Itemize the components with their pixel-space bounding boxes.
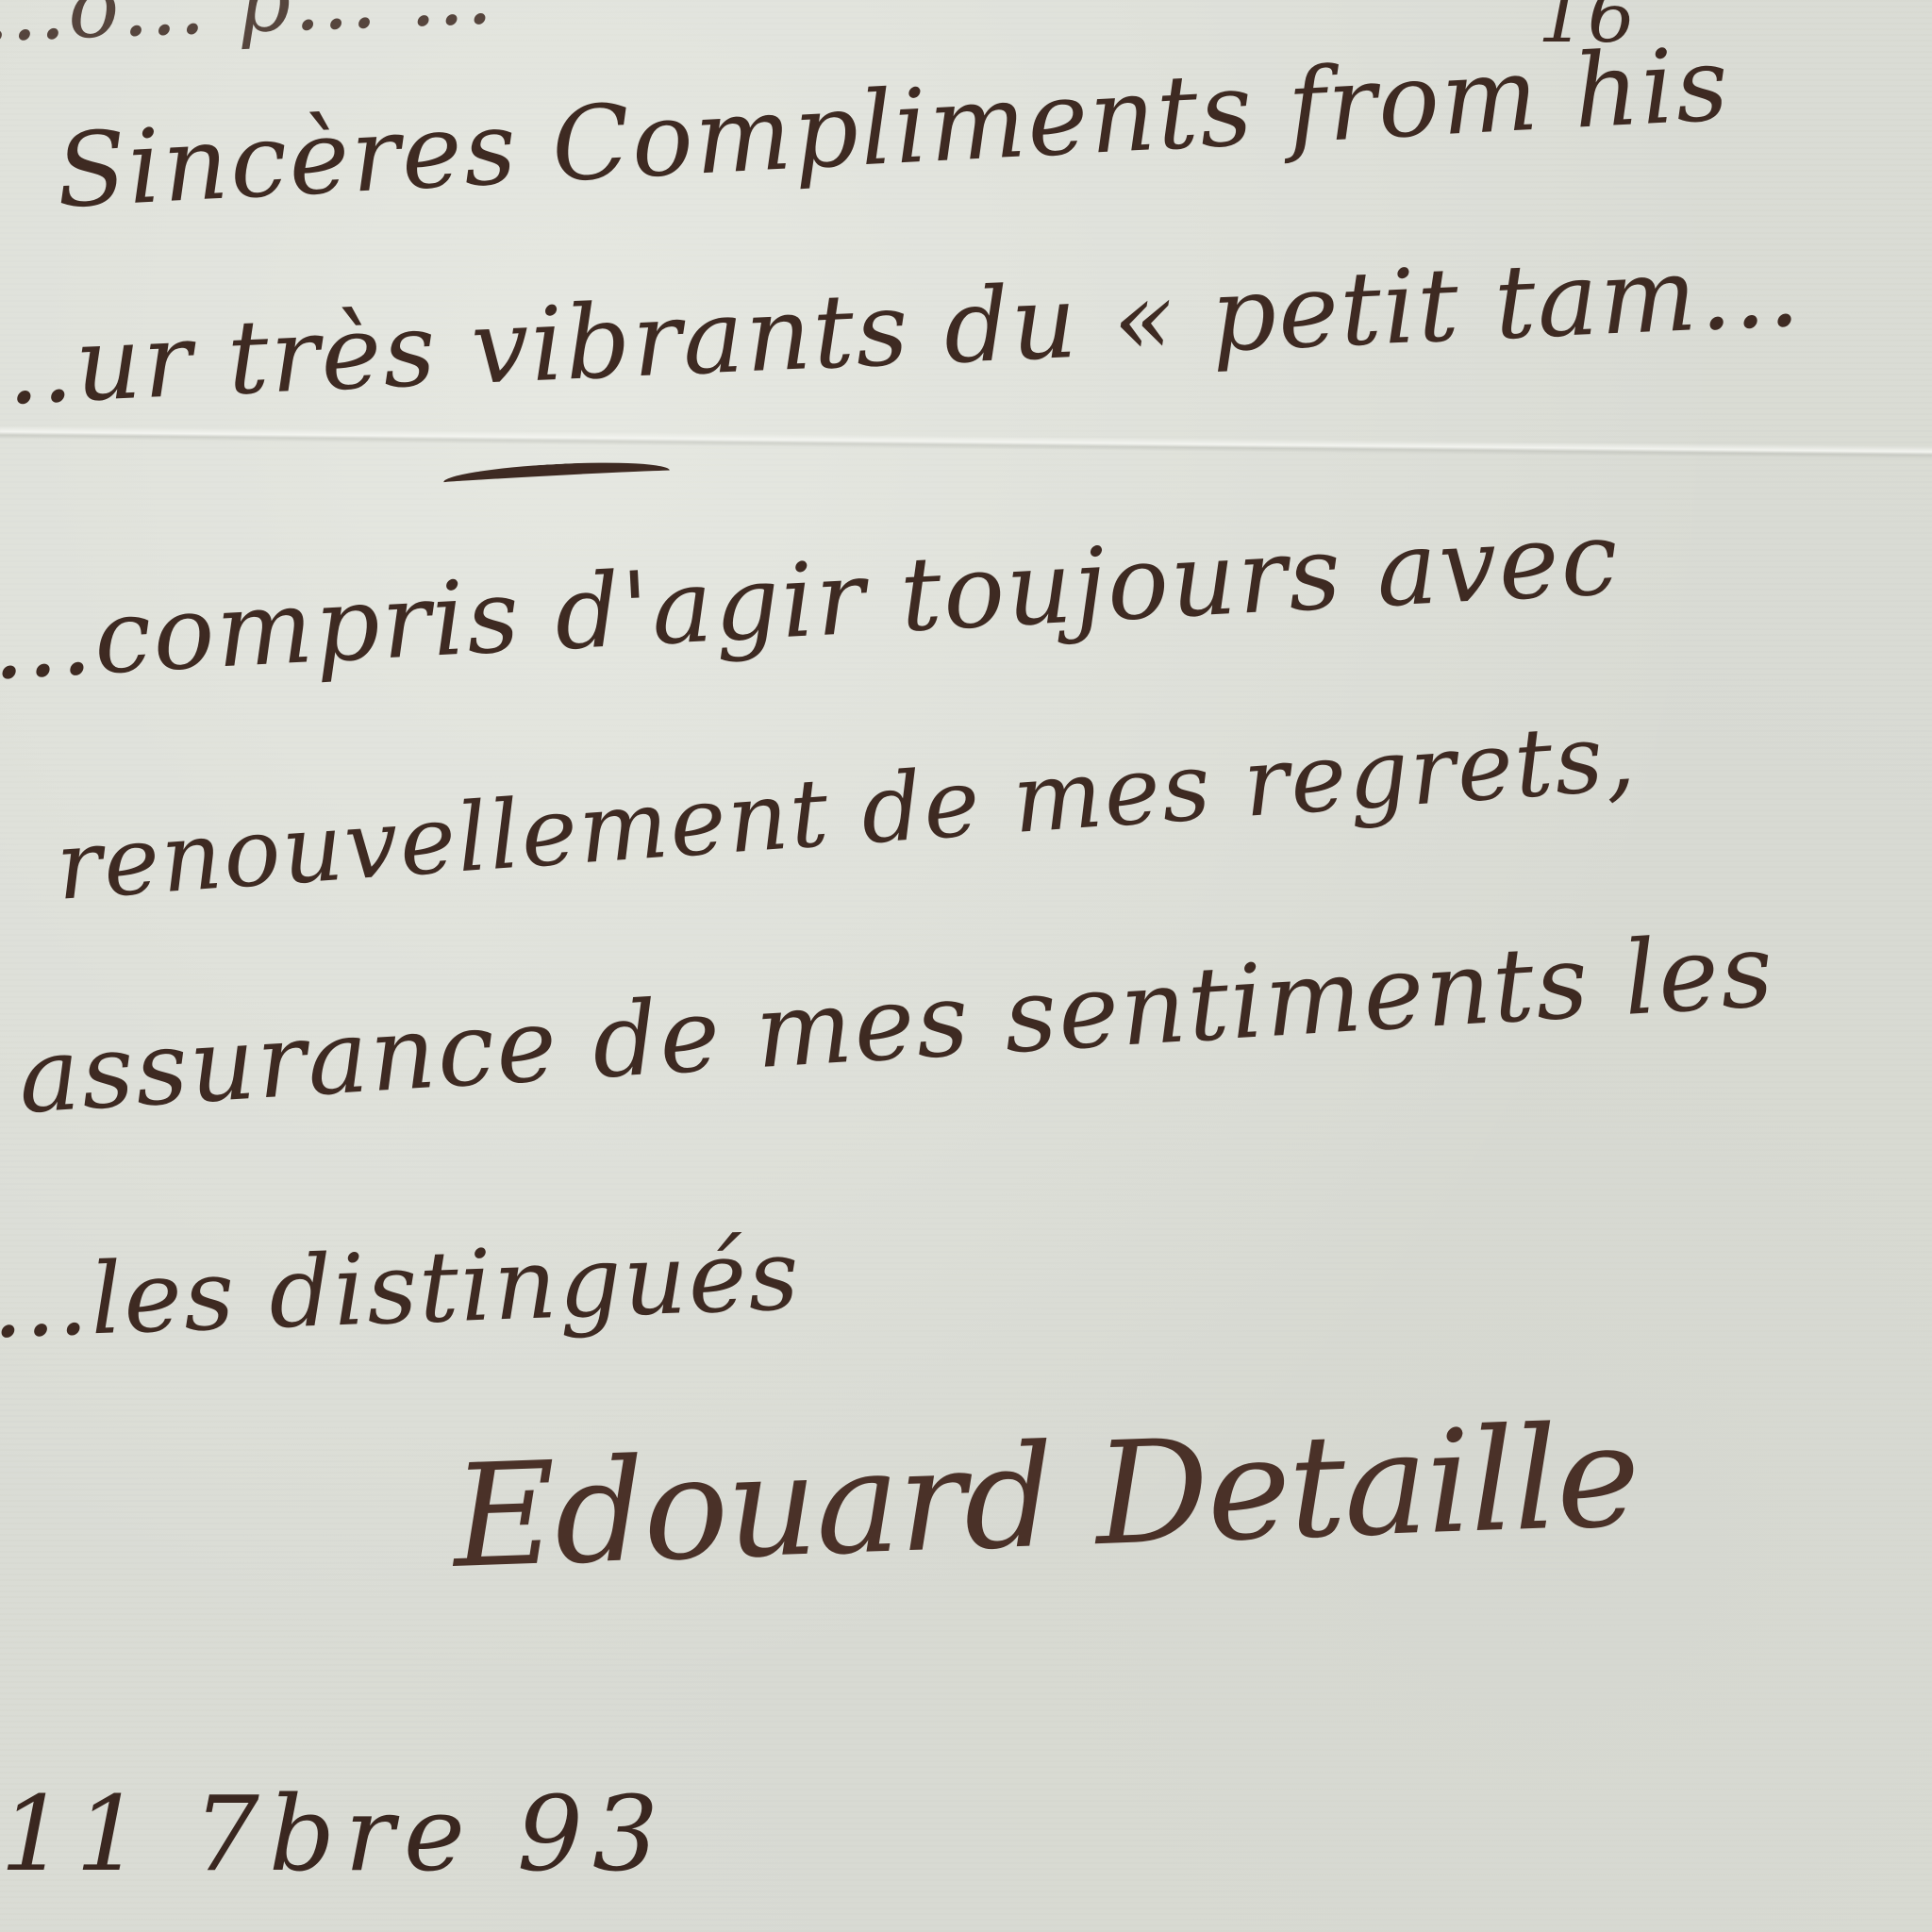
letter-date: 11 7bre 93 (0, 1774, 668, 1894)
